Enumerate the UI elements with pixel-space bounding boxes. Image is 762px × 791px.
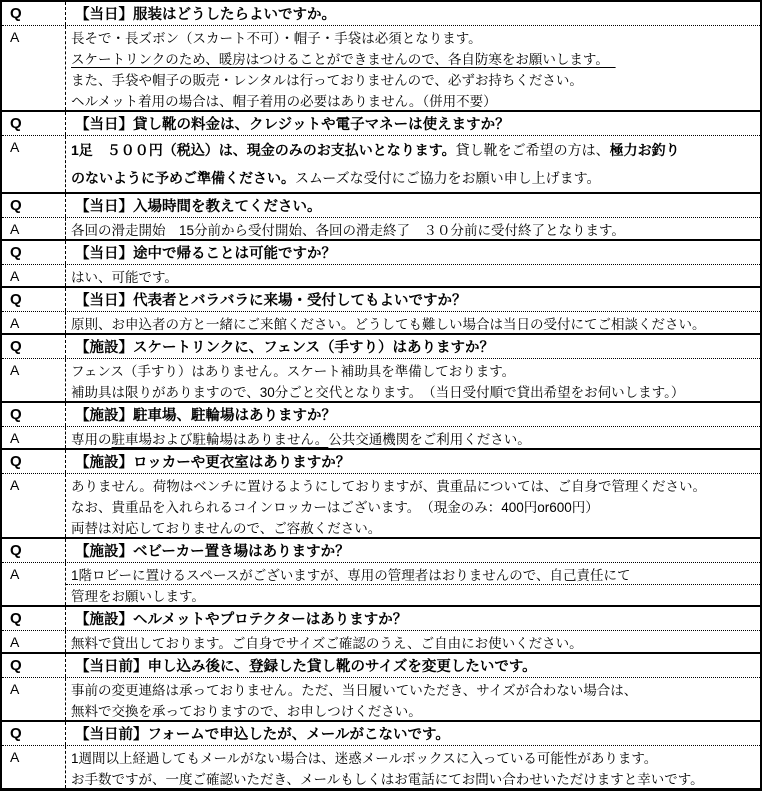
answer-row: A各回の滑走開始 15分前から受付開始、各回の滑走終了 ３０分前に受付終了となり… [2,218,760,239]
answer-row: A1足 ５００円（税込）は、現金のみのお支払いとなります。貸し靴をご希望の方は、… [2,136,760,192]
q-marker: Q [10,338,22,356]
q-marker: Q [10,406,22,424]
question-text: 【施設】ロッカーや更衣室はありますか？ [66,451,760,472]
answer-line: 補助具は限りがありますので、30分ごと交代となります。 （当日受付順で貸出希望を… [66,380,760,401]
answer-segment: 貸し靴をご希望の方は、 [456,140,610,160]
question-row: Q【当日前】申し込み後に、登録した貸し靴のサイズを変更したいです。 [2,654,760,678]
answer-lines: 専用の駐車場および駐輪場はありません。公共交通機関をご利用ください。 [66,427,760,448]
question-row: Q【当日】入場時間を教えてください。 [2,194,760,218]
answer-segment: 無料で貸出しております。ご自身でサイズご確認のうえ、ご自由にお使いください。 [71,632,583,652]
answer-line: のないように予めご準備ください。スムーズな受付にご協力をお願い申し上げます。 [66,164,760,192]
answer-line: ありません。荷物はベンチに置けるようにしておりますが、貴重品については、ご自身で… [66,474,760,495]
q-marker: Q [10,197,22,215]
a-marker: A [10,221,19,237]
answer-row: A長そで・長ズボン（スカート不可）・帽子・手袋は必須となります。スケートリンクの… [2,26,760,110]
q-label-cell: Q [2,722,66,745]
q-marker: Q [10,244,22,262]
answer-segment: スケートリンクのため、暖房はつけることができませんので、各自防寒をお願いします。 [71,48,616,68]
qa-group: Q【当日】入場時間を教えてください。A各回の滑走開始 15分前から受付開始、各回… [2,194,760,241]
question-row: Q【施設】ロッカーや更衣室はありますか？ [2,450,760,474]
answer-segment: お手数ですが、一度ご確認いただき、メールもしくはお電話にてお問い合わせいただけま… [71,768,704,788]
answer-line: 専用の駐車場および駐輪場はありません。公共交通機関をご利用ください。 [66,427,760,448]
answer-line: はい、可能です。 [66,265,760,286]
q-marker: Q [10,291,22,309]
question-row: Q【当日】代表者とバラバラに来場・受付してもよいですか？ [2,288,760,312]
answer-segment: スムーズな受付にご協力をお願い申し上げます。 [295,168,600,188]
answer-segment: なお、貴重品を入れられるコインロッカーはございます。 （現金のみ：400円or6… [71,496,599,516]
answer-lines: はい、可能です。 [66,265,760,286]
a-marker: A [10,268,19,284]
answer-row: A無料で貸出しております。ご自身でサイズご確認のうえ、ご自由にお使いください。 [2,631,760,652]
q-label-cell: Q [2,607,66,630]
q-marker: Q [10,115,22,133]
question-row: Q【施設】スケートリンクに、フェンス（手すり）はありますか？ [2,335,760,359]
q-marker: Q [10,657,22,675]
a-marker: A [10,29,19,45]
question-row: Q【施設】ベビーカー置き場はありますか？ [2,539,760,563]
answer-lines: ありません。荷物はベンチに置けるようにしておりますが、貴重品については、ご自身で… [66,474,760,537]
q-label-cell: Q [2,194,66,217]
question-text: 【当日】服装はどうしたらよいですか。 [66,3,760,24]
question-text: 【当日前】フォームで申込したが、メールがこないです。 [66,723,760,744]
answer-segment: 駐車場および駐輪場はありません。 [112,428,329,448]
answer-segment: フェンス（手すり）はありません。スケート補助具を準備しております。 [71,360,515,380]
answer-line: 各回の滑走開始 15分前から受付開始、各回の滑走終了 ３０分前に受付終了となりま… [66,218,760,239]
answer-row: A事前の変更連絡は承っておりません。ただ、当日履いていただき、サイズが合わない場… [2,678,760,720]
answer-segment: 管理をお願いします。 [71,585,205,605]
answer-line: 1足 ５００円（税込）は、現金のみのお支払いとなります。貸し靴をご希望の方は、極… [66,136,760,164]
answer-line: 管理をお願いします。 [66,584,760,605]
a-label-cell: A [2,359,66,401]
answer-segment: 1足 ５００円（税込）は、現金のみのお支払いとなります。 [71,140,456,160]
qa-group: Q【当日前】フォームで申込したが、メールがこないです。A1週間以上経過してもメー… [2,722,760,788]
answer-segment: ヘルメット着用の場合は、帽子着用の必要はありません。（併用不要） [71,90,497,110]
q-label-cell: Q [2,288,66,311]
answer-segment: 事前の変更連絡は承っておりません。ただ、当日履いていただき、サイズが合わない場合… [71,679,637,699]
a-marker: A [10,634,19,650]
answer-line: 原則、お申込者の方と一緒にご来館ください。どうしても難しい場合は当日の受付にてご… [66,312,760,333]
question-text: 【当日】代表者とバラバラに来場・受付してもよいですか？ [66,289,760,310]
a-label-cell: A [2,218,66,239]
a-marker: A [10,749,19,765]
q-marker: Q [10,610,22,628]
answer-segment: 極力お釣り [610,140,680,160]
answer-line: 両替は対応しておりませんので、ご容赦ください。 [66,516,760,537]
answer-line: また、手袋や帽子の販売・レンタルは行っておりませんので、必ずお持ちください。 [66,68,760,89]
qa-group: Q【施設】駐車場、駐輪場はありますか？A専用の駐車場および駐輪場はありません。公… [2,403,760,450]
qa-group: Q【施設】ヘルメットやプロテクターはありますか？A無料で貸出しております。ご自身… [2,607,760,654]
q-label-cell: Q [2,335,66,358]
answer-segment: 専用の [71,428,112,448]
answer-row: A原則、お申込者の方と一緒にご来館ください。どうしても難しい場合は当日の受付にて… [2,312,760,333]
qa-group: Q【当日】貸し靴の料金は、クレジットや電子マネーは使えますか？A1足 ５００円（… [2,112,760,194]
qa-group: Q【施設】ベビーカー置き場はありますか？A1階ロビーに置けるスペースがございます… [2,539,760,607]
a-label-cell: A [2,312,66,333]
answer-row: A1週間以上経過してもメールがない場合は、迷惑メールボックスに入っている可能性が… [2,746,760,788]
answer-line: ヘルメット着用の場合は、帽子着用の必要はありません。（併用不要） [66,89,760,110]
question-row: Q【当日】貸し靴の料金は、クレジットや電子マネーは使えますか？ [2,112,760,136]
question-text: 【当日前】申し込み後に、登録した貸し靴のサイズを変更したいです。 [66,655,760,676]
answer-line: なお、貴重品を入れられるコインロッカーはございます。 （現金のみ：400円or6… [66,495,760,516]
answer-segment: 1階ロビーに置けるスペースがございますが、専用の管理者はおりませんので、自己責任… [71,564,631,584]
a-label-cell: A [2,631,66,652]
answer-lines: 長そで・長ズボン（スカート不可）・帽子・手袋は必須となります。スケートリンクのた… [66,26,760,110]
answer-line: フェンス（手すり）はありません。スケート補助具を準備しております。 [66,359,760,380]
answer-segment: 各回の滑走開始 15分前から受付開始、各回の滑走終了 ３０分前に受付終了となりま… [71,219,625,239]
q-label-cell: Q [2,539,66,562]
question-text: 【施設】駐車場、駐輪場はありますか？ [66,404,760,425]
q-marker: Q [10,453,22,471]
a-marker: A [10,139,19,155]
q-label-cell: Q [2,112,66,135]
answer-lines: 事前の変更連絡は承っておりません。ただ、当日履いていただき、サイズが合わない場合… [66,678,760,720]
answer-segment: ありません。荷物はベンチに置けるようにしておりますが、貴重品については、ご自身で… [71,475,706,495]
answer-line: 事前の変更連絡は承っておりません。ただ、当日履いていただき、サイズが合わない場合… [66,678,760,699]
question-text: 【当日】貸し靴の料金は、クレジットや電子マネーは使えますか？ [66,113,760,134]
answer-lines: 1週間以上経過してもメールがない場合は、迷惑メールボックスに入っている可能性があ… [66,746,760,788]
question-text: 【施設】ヘルメットやプロテクターはありますか？ [66,608,760,629]
answer-lines: 無料で貸出しております。ご自身でサイズご確認のうえ、ご自由にお使いください。 [66,631,760,652]
qa-group: Q【施設】ロッカーや更衣室はありますか？Aありません。荷物はベンチに置けるように… [2,450,760,539]
answer-row: A専用の駐車場および駐輪場はありません。公共交通機関をご利用ください。 [2,427,760,448]
answer-line: 無料で交換を承っておりますので、お申しつけください。 [66,699,760,720]
answer-segment: また、手袋や帽子の販売・レンタルは行っておりませんので、必ずお持ちください。 [71,69,583,89]
q-label-cell: Q [2,2,66,25]
answer-lines: 原則、お申込者の方と一緒にご来館ください。どうしても難しい場合は当日の受付にてご… [66,312,760,333]
qa-group: Q【施設】スケートリンクに、フェンス（手すり）はありますか？Aフェンス（手すり）… [2,335,760,403]
answer-row: A1階ロビーに置けるスペースがございますが、専用の管理者はおりませんので、自己責… [2,563,760,605]
answer-segment: のないように予めご準備ください。 [71,168,295,188]
q-label-cell: Q [2,450,66,473]
q-label-cell: Q [2,403,66,426]
q-marker: Q [10,542,22,560]
answer-line: 無料で貸出しております。ご自身でサイズご確認のうえ、ご自由にお使いください。 [66,631,760,652]
a-label-cell: A [2,427,66,448]
answer-lines: 1足 ５００円（税込）は、現金のみのお支払いとなります。貸し靴をご希望の方は、極… [66,136,760,192]
a-marker: A [10,566,19,582]
a-label-cell: A [2,26,66,110]
question-row: Q【施設】駐車場、駐輪場はありますか？ [2,403,760,427]
answer-segment: 長そで・長ズボン（スカート不可）・帽子・手袋は必須となります。 [71,27,482,47]
answer-line: スケートリンクのため、暖房はつけることができませんので、各自防寒をお願いします。 [66,47,760,68]
a-marker: A [10,430,19,446]
answer-line: 1週間以上経過してもメールがない場合は、迷惑メールボックスに入っている可能性があ… [66,746,760,767]
a-marker: A [10,315,19,331]
qa-group: Q【当日】服装はどうしたらよいですか。A長そで・長ズボン（スカート不可）・帽子・… [2,2,760,112]
q-label-cell: Q [2,241,66,264]
answer-lines: 1階ロビーに置けるスペースがございますが、専用の管理者はおりませんので、自己責任… [66,563,760,605]
q-marker: Q [10,5,22,23]
q-label-cell: Q [2,654,66,677]
answer-segment: 1週間以上経過してもメールがない場合は、迷惑メールボックスに入っている可能性があ… [71,747,657,767]
a-marker: A [10,681,19,697]
answer-row: Aはい、可能です。 [2,265,760,286]
answer-row: Aフェンス（手すり）はありません。スケート補助具を準備しております。補助具は限り… [2,359,760,401]
answer-line: 長そで・長ズボン（スカート不可）・帽子・手袋は必須となります。 [66,26,760,47]
answer-segment: 両替は対応しておりませんので、ご容赦ください。 [71,517,381,537]
question-row: Q【当日前】フォームで申込したが、メールがこないです。 [2,722,760,746]
a-label-cell: A [2,746,66,788]
answer-segment: はい、可能です。 [71,266,178,286]
a-label-cell: A [2,474,66,537]
answer-segment: 公共交通機関をご利用ください。 [328,428,531,448]
faq-table: Q【当日】服装はどうしたらよいですか。A長そで・長ズボン（スカート不可）・帽子・… [0,0,762,791]
a-label-cell: A [2,678,66,720]
a-label-cell: A [2,265,66,286]
a-label-cell: A [2,563,66,605]
question-text: 【当日】入場時間を教えてください。 [66,195,760,216]
a-label-cell: A [2,136,66,192]
answer-segment: 補助具は限りがありますので、30分ごと交代となります。 （当日受付順で貸出希望を… [71,381,684,401]
question-row: Q【施設】ヘルメットやプロテクターはありますか？ [2,607,760,631]
qa-group: Q【当日】途中で帰ることは可能ですか？Aはい、可能です。 [2,241,760,288]
answer-lines: 各回の滑走開始 15分前から受付開始、各回の滑走終了 ３０分前に受付終了となりま… [66,218,760,239]
question-row: Q【当日】服装はどうしたらよいですか。 [2,2,760,26]
answer-segment: 原則、お申込者の方と一緒にご来館ください。どうしても難しい場合は当日の受付にてご… [71,313,706,333]
answer-line: お手数ですが、一度ご確認いただき、メールもしくはお電話にてお問い合わせいただけま… [66,767,760,788]
question-row: Q【当日】途中で帰ることは可能ですか？ [2,241,760,265]
question-text: 【当日】途中で帰ることは可能ですか？ [66,242,760,263]
qa-group: Q【当日】代表者とバラバラに来場・受付してもよいですか？A原則、お申込者の方と一… [2,288,760,335]
answer-lines: フェンス（手すり）はありません。スケート補助具を準備しております。補助具は限りが… [66,359,760,401]
q-marker: Q [10,725,22,743]
a-marker: A [10,362,19,378]
answer-segment: 無料で交換を承っておりますので、お申しつけください。 [71,700,422,720]
question-text: 【施設】ベビーカー置き場はありますか？ [66,540,760,561]
question-text: 【施設】スケートリンクに、フェンス（手すり）はありますか？ [66,336,760,357]
a-marker: A [10,477,19,493]
answer-line: 1階ロビーに置けるスペースがございますが、専用の管理者はおりませんので、自己責任… [66,563,760,584]
answer-row: Aありません。荷物はベンチに置けるようにしておりますが、貴重品については、ご自身… [2,474,760,537]
qa-group: Q【当日前】申し込み後に、登録した貸し靴のサイズを変更したいです。A事前の変更連… [2,654,760,722]
